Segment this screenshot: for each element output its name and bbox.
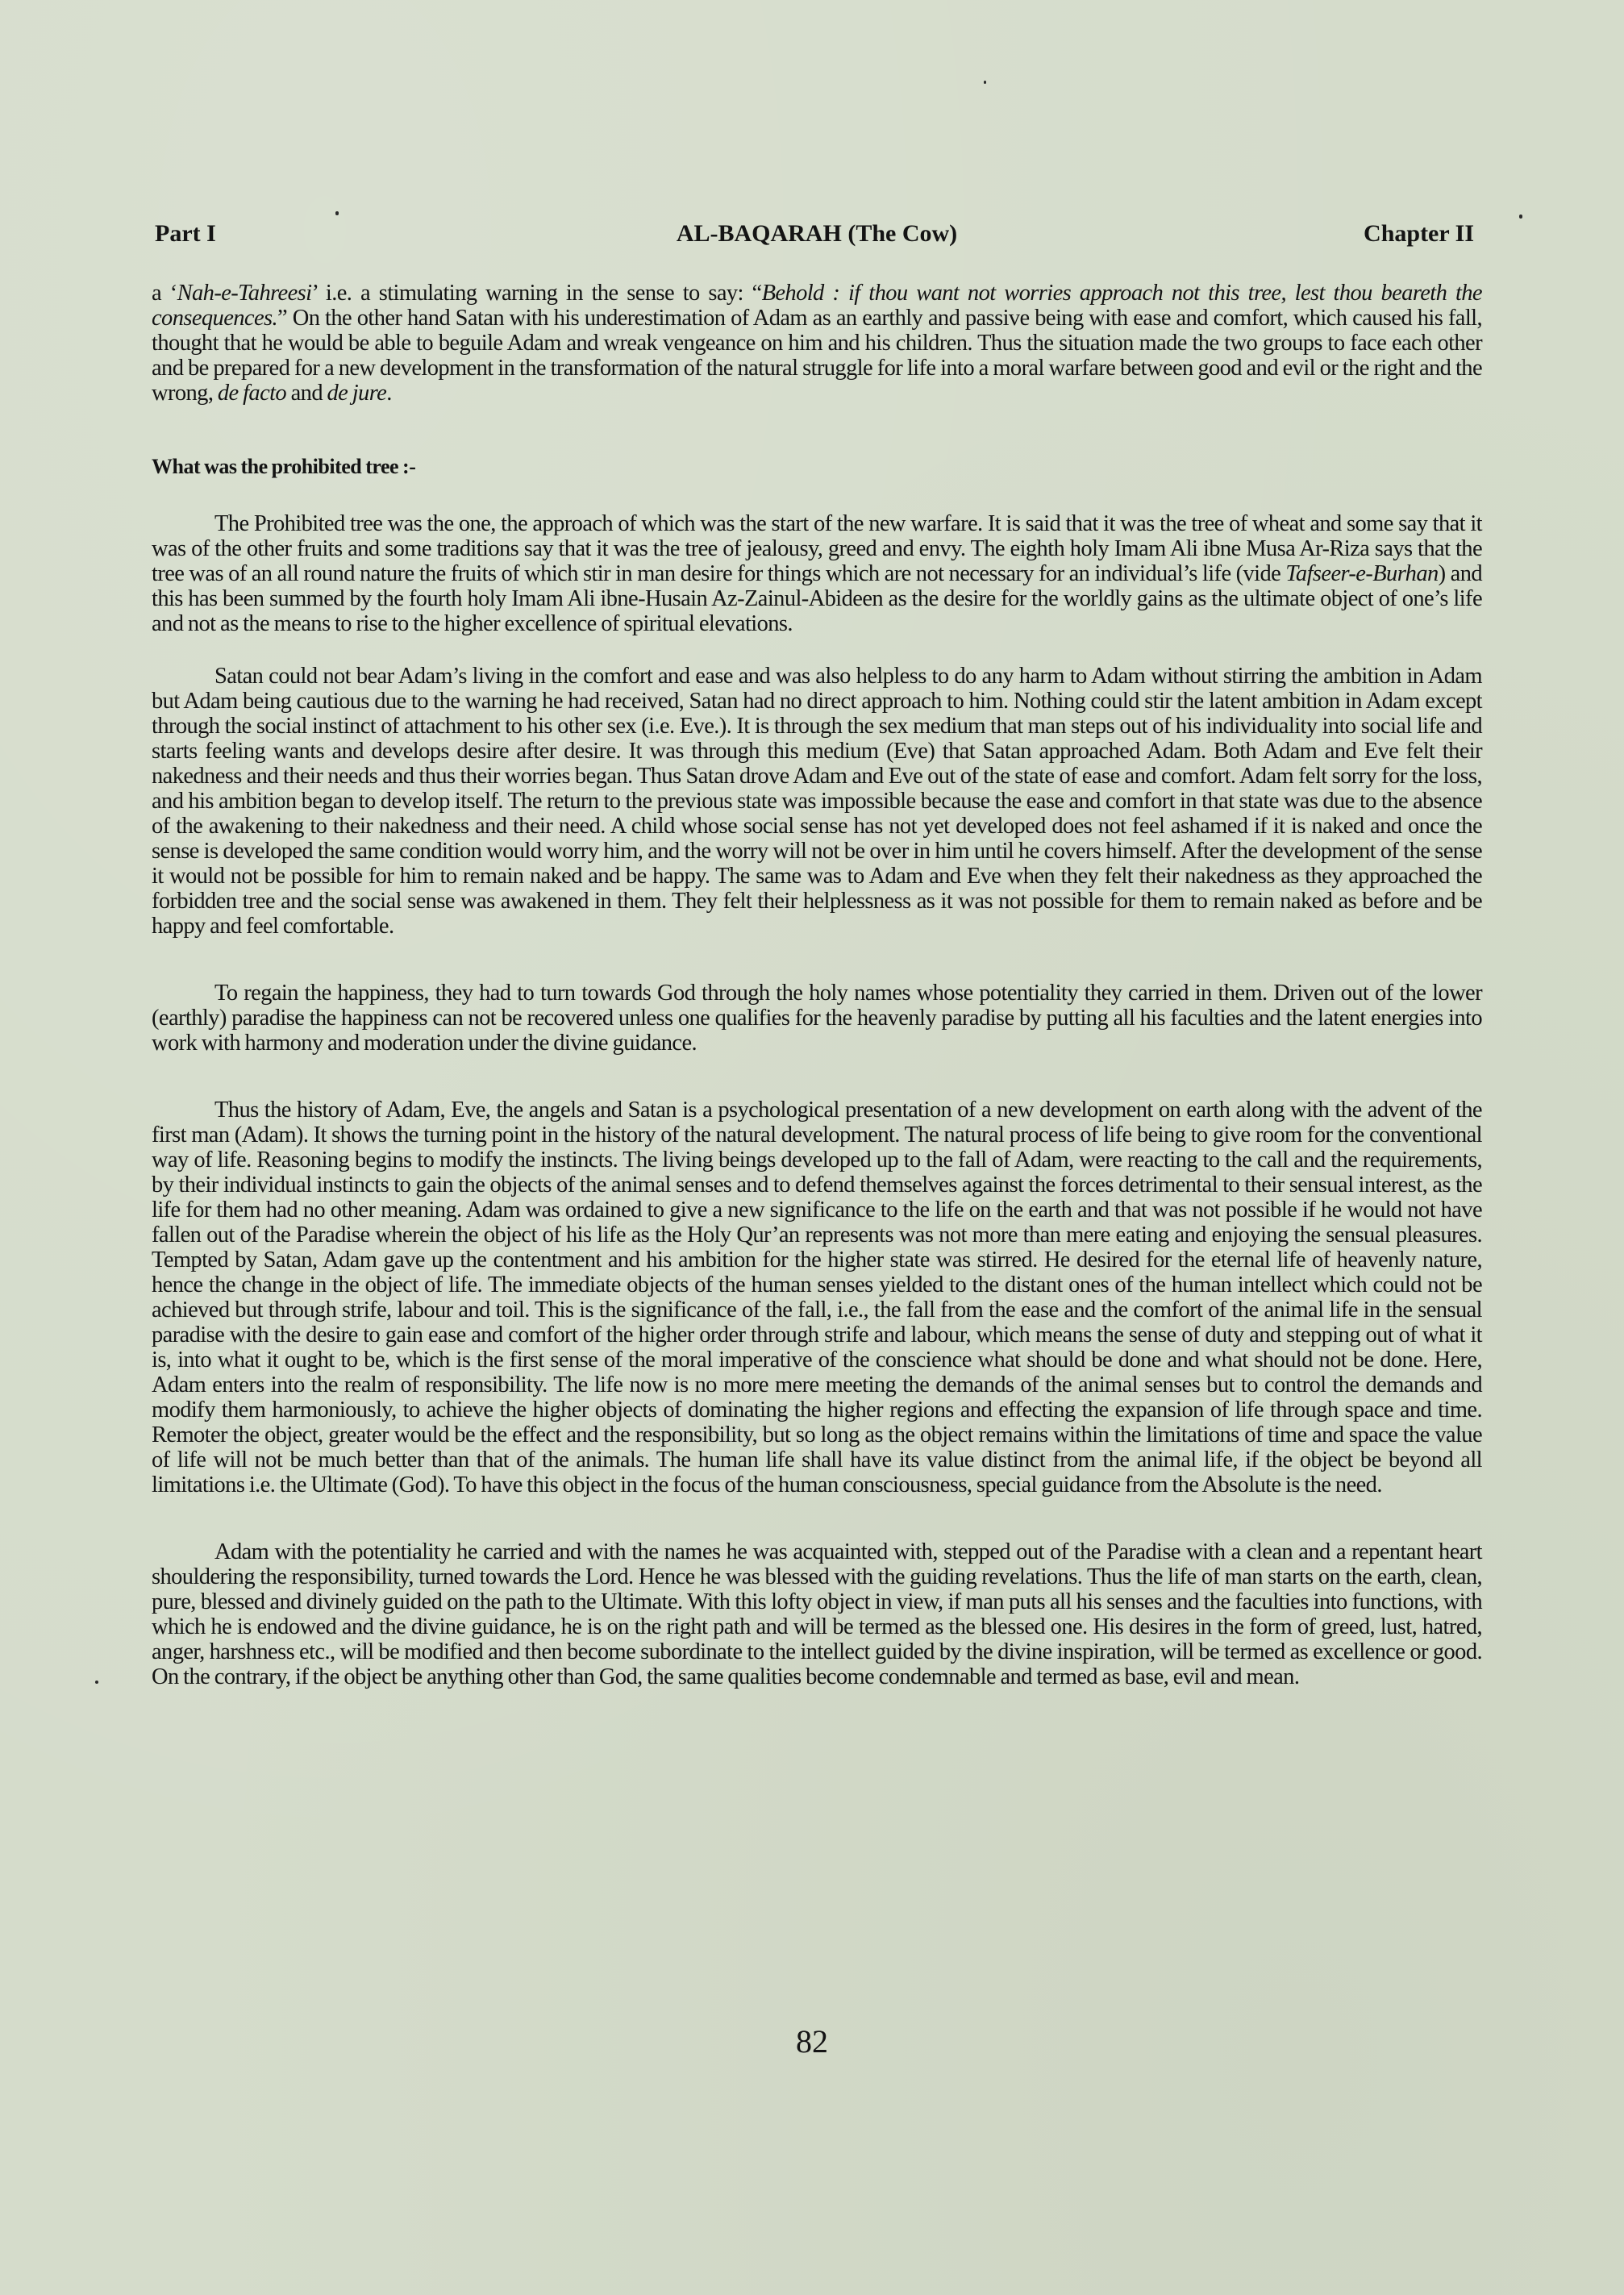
body-text: a ‘Nah-e-Tahreesi’ i.e. a stimulating wa… bbox=[152, 281, 1482, 1689]
italic-term-de-facto: de facto bbox=[218, 381, 286, 406]
text-run: and bbox=[286, 381, 327, 406]
print-speck bbox=[984, 81, 986, 84]
italic-term-de-jure: de jure bbox=[327, 381, 387, 406]
paragraph-history-of-adam: Thus the history of Adam, Eve, the angel… bbox=[152, 1098, 1482, 1497]
running-head-chapter: Chapter II bbox=[1364, 218, 1474, 250]
print-speck bbox=[335, 211, 339, 215]
paragraph-prohibited-tree: The Prohibited tree was the one, the app… bbox=[152, 511, 1482, 636]
document-page: Part I AL-BAQARAH (The Cow) Chapter II a… bbox=[152, 218, 1482, 1689]
italic-term-nah-e-tahreesi: Nah-e-Tahreesi bbox=[177, 281, 312, 306]
paragraph-adam-potentiality: Adam with the potentiality he carried an… bbox=[152, 1539, 1482, 1689]
running-head: Part I AL-BAQARAH (The Cow) Chapter II bbox=[152, 218, 1482, 250]
text-run: a ‘ bbox=[152, 281, 177, 306]
running-head-title: AL-BAQARAH (The Cow) bbox=[152, 218, 1482, 250]
text-run: . bbox=[386, 381, 392, 406]
paragraph-regain-happiness: To regain the happiness, they had to tur… bbox=[152, 981, 1482, 1056]
paragraph-satan: Satan could not bear Adam’s living in th… bbox=[152, 664, 1482, 939]
print-speck bbox=[1519, 215, 1522, 219]
paragraph-continuation: a ‘Nah-e-Tahreesi’ i.e. a stimulating wa… bbox=[152, 281, 1482, 406]
section-heading: What was the prohibited tree :- bbox=[152, 454, 1482, 479]
print-speck bbox=[95, 1681, 98, 1684]
italic-title-tafseer-e-burhan: Tafseer-e-Burhan bbox=[1285, 561, 1438, 586]
page-number: 82 bbox=[0, 2022, 1624, 2061]
text-run: The Prohibited tree was the one, the app… bbox=[152, 511, 1482, 586]
text-run: ’ i.e. a stimulating warning in the sens… bbox=[311, 281, 761, 306]
